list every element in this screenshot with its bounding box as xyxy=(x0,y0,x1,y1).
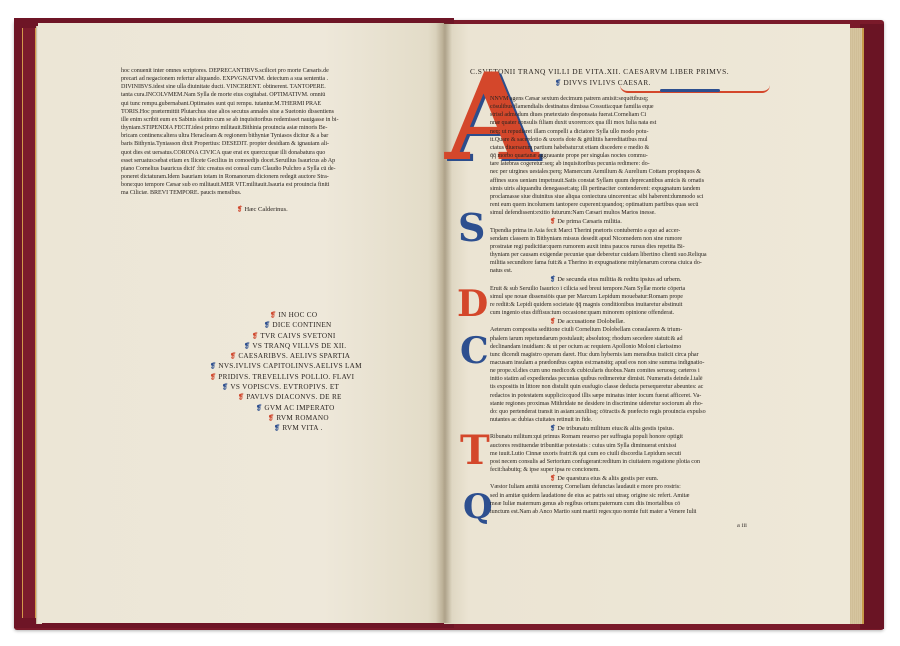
text-line: it.Quare & sacerdotio & uxoris dote & gē… xyxy=(490,136,780,144)
section-heading: ❡De quæstura eius & aliis gestis per eum… xyxy=(490,475,780,483)
closing-note: ❡Hæc Calderinus. xyxy=(237,205,288,213)
right-main-text: NNVM agens Cæsar sextum decimum patrem a… xyxy=(490,95,780,516)
text-line: Eruit & sub Seruilio Isaurico i cilicia … xyxy=(490,285,780,293)
paragraph-mark-icon: ❡ xyxy=(268,414,274,422)
colophon-line: ❡TVR CAIVS SVETONI xyxy=(208,331,378,341)
colophon-text: RVM VITA . xyxy=(282,424,322,432)
colophon-line: ❡IN HOC CO xyxy=(208,310,378,320)
paragraph-mark-icon: ❡ xyxy=(274,424,280,432)
text-line: Tipendia prima in Asia fecit Marci Theri… xyxy=(490,227,780,235)
colophon-text: NVS.IVLIVS CAPITOLINVS.AELIVS LAM xyxy=(218,362,362,370)
paragraph-mark-icon: ❡ xyxy=(550,318,555,325)
commentary-line: DIVINIBVS.idest sine ulla diuinitate duc… xyxy=(121,83,446,91)
paragraph-mark-icon: ❡ xyxy=(238,393,244,401)
gilt-border xyxy=(22,28,36,618)
text-line: simul defendissent:exitio futurum:Nam Cæ… xyxy=(490,209,780,217)
colophon-line: ❡PAVLVS DIACONVS. DE RE xyxy=(208,392,378,402)
text-line: stante regiones proximas Mithridate ne d… xyxy=(490,400,780,408)
text-line: ctatus diuersarum partium habebatur:ut e… xyxy=(490,144,780,152)
text-line: thyniam per causam exigendæ pecuniæ quæ … xyxy=(490,251,780,259)
commentary-line: ille enim scribit eum ex Sabinis sfatim … xyxy=(121,116,446,124)
red-paragraph-mark-icon: ❡ xyxy=(237,206,242,213)
illuminated-initial-c: C xyxy=(460,333,489,369)
text-line: neq; ut repudiaret illam compelli a dict… xyxy=(490,128,780,136)
commentary-line: precari ad negacionem refertur aliquando… xyxy=(121,75,446,83)
colophon-line: ❡GVM AC IMPERATO xyxy=(208,403,378,413)
text-line: phalem iarum repetundarum postulauit; ab… xyxy=(490,335,780,343)
paragraph-mark-icon: ❡ xyxy=(264,321,270,329)
commentary-line: piano Cornelius Isauricus dicit' :hic cr… xyxy=(121,165,446,173)
paragraph-mark-icon: ❡ xyxy=(550,276,555,283)
commentary-line: qui tunc rempu.gubernabant.Optimates sun… xyxy=(121,100,446,108)
paragraph-mark-icon: ❡ xyxy=(252,332,258,340)
colophon-text: CAESARIBVS. AELIVS SPARTIA xyxy=(238,352,350,360)
text-line: strisd admodum diues prætextato desponsa… xyxy=(490,111,780,119)
text-line: proclamasse siue diuinitus siue aliqua c… xyxy=(490,193,780,201)
illuminated-initial-d: D xyxy=(457,286,488,322)
text-line: post necem consulis ad Sertorium confuge… xyxy=(490,458,780,466)
paragraph-mark-icon: ❡ xyxy=(210,362,216,370)
text-line: Aeterum composita seditione ciuili Corne… xyxy=(490,326,780,334)
text-line: militia secundiore fama fuit:& a Therino… xyxy=(490,259,780,267)
illuminated-initial-t: T xyxy=(460,432,490,470)
text-line: auctores restituendæ tribunitiæ potestat… xyxy=(490,442,780,450)
blue-paragraph-mark-icon: ❡ xyxy=(555,79,561,87)
commentary-line: tanta cura.INCOLVMEM.Nam Sylla de morte … xyxy=(121,91,446,99)
paragraph-mark-icon: ❡ xyxy=(256,404,262,412)
text-line: q̄q̄ morbo quartanæ aggrauante prope per… xyxy=(490,152,780,160)
text-line: do: quo pertenderat transit in asiam:aux… xyxy=(490,408,780,416)
text-line: nutantes ac dubias ciuitates retinuit in… xyxy=(490,416,780,424)
colophon-line: ❡RVM VITA . xyxy=(208,423,378,433)
paragraph-mark-icon: ❡ xyxy=(550,475,555,482)
colophon-line: ❡CAESARIBVS. AELIVS SPARTIA xyxy=(208,351,378,361)
paragraph-mark-icon: ❡ xyxy=(244,342,250,350)
section-heading: ❡De tribunatu militum eius:& aliis gesti… xyxy=(490,425,780,433)
commentary-line: thyniam.STIPENDIA FECIT.idest primo mili… xyxy=(121,124,446,132)
colophon-text: TVR CAIVS SVETONI xyxy=(260,332,335,340)
text-line: declinandam inuidiam: & ut per ocium ac … xyxy=(490,343,780,351)
text-line: tis expositis in littore non distulit qu… xyxy=(490,383,780,391)
paragraph-mark-icon: ❡ xyxy=(550,425,555,432)
text-line: meæ Iuliæ maternum genus ab regibus ortu… xyxy=(490,500,780,508)
commentary-line: baris Bithynia.Tyniasson dixit Propertiu… xyxy=(121,140,446,148)
colophon-line: ❡VS VOPISCVS. EVTROPIVS. ET xyxy=(208,382,378,392)
section-heading-text: De tribunatu militum eius:& aliis gestis… xyxy=(557,425,674,432)
text-line: affines suos ueniam impetrauit.Satis con… xyxy=(490,177,780,185)
text-line: Ribunatu militum:qui primus Romam reuers… xyxy=(490,433,780,441)
blue-flourish xyxy=(660,89,720,92)
text-line: simul spe nouæ dissensiōis quæ per Marcu… xyxy=(490,293,780,301)
text-line: simis uiris aliquandiu denegasset:atq; i… xyxy=(490,185,780,193)
text-line: rent eum quem incolumem tantopere cupere… xyxy=(490,201,780,209)
paragraph-mark-icon: ❡ xyxy=(550,218,555,225)
colophon-text: IN HOC CO xyxy=(278,311,317,319)
text-line: sed in amitæ quidem laudatione de eius a… xyxy=(490,492,780,500)
text-line: cōsulibus flamendialis destinatus dimiss… xyxy=(490,103,780,111)
commentary-line: bone:quo tempore Cæsar sub eo militauit.… xyxy=(121,181,446,189)
text-line: redactos in potestatem supplicio:quod il… xyxy=(490,392,780,400)
commentary-line: bricam continens:altera ultra Heracleam … xyxy=(121,132,446,140)
text-line: macusam insulam a prædonibus captus est:… xyxy=(490,359,780,367)
section-heading-text: De prima Cæsaris militia. xyxy=(557,218,621,225)
commentary-line: quot dies est uersatus.CORONA CIVICA quæ… xyxy=(121,149,446,157)
colophon-text: GVM AC IMPERATO xyxy=(264,404,334,412)
paragraph-mark-icon: ❡ xyxy=(270,311,276,319)
text-line: initio statim ad expediendas pecunias qu… xyxy=(490,375,780,383)
colophon-line: ❡VS TRANQ VILLVS DE XII. xyxy=(208,341,378,351)
colophon-text: VS VOPISCVS. EVTROPIVS. ET xyxy=(230,383,339,391)
text-line: re rediit:& Lepidi quidem societate q̄q̄… xyxy=(490,301,780,309)
left-commentary: hoc conuenit inter omnes scriptores. DEP… xyxy=(121,67,446,198)
colophon-line: ❡DICE CONTINEN xyxy=(208,320,378,330)
text-line: Væstor Iuliam amitā uxoremq; Corneliam d… xyxy=(490,483,780,491)
colophon-line: ❡RVM ROMANO xyxy=(208,413,378,423)
text-line: sendam classem in Bithyniam missus desed… xyxy=(490,235,780,243)
colophon-text: PAVLVS DIACONVS. DE RE xyxy=(246,393,341,401)
commentary-line: TORIS.Hoc prætermittit Plutarchus siue a… xyxy=(121,108,446,116)
commentary-line: esset seruatus:sebat etiam ex Ilicete Ge… xyxy=(121,157,446,165)
colophon-text: RVM ROMANO xyxy=(276,414,329,422)
text-line: ne prope.xl.dies cum uno medico:& cubicu… xyxy=(490,367,780,375)
contents-colophon: ❡IN HOC CO❡DICE CONTINEN❡TVR CAIVS SVETO… xyxy=(208,310,378,434)
page-edges-right xyxy=(848,28,864,624)
text-line: natus est. xyxy=(490,267,780,275)
commentary-line: hoc conuenit inter omnes scriptores. DEP… xyxy=(121,67,446,75)
commentary-line: ma Ciliciæ. BREVI TEMPORE. paucis mensib… xyxy=(121,189,446,197)
text-line: tunc dicendi magistro operam daret. Huc … xyxy=(490,351,780,359)
illuminated-initial-q: Q xyxy=(463,490,493,524)
colophon-line: ❡PRIDIVS. TREVELLIVS POLLIO. FLAVI xyxy=(208,372,378,382)
section-heading: ❡De secunda eius militia & reditu ipsius… xyxy=(490,276,780,284)
section-heading: ❡De prima Cæsaris militia. xyxy=(490,218,780,226)
commentary-line: poneret dictaturam.Idem Isauriam totam i… xyxy=(121,173,446,181)
section-heading-text: De quæstura eius & aliis gestis per eum. xyxy=(557,475,658,482)
section-heading-text: De accusatione Dolobellæ. xyxy=(557,318,624,325)
text-line: fecit:habuitq; & ipse super ipsa re conc… xyxy=(490,466,780,474)
text-line: nnæ quater consulis filiam duxit uxorem:… xyxy=(490,119,780,127)
illuminated-initial-s: S xyxy=(458,210,485,246)
paragraph-mark-icon: ❡ xyxy=(230,352,236,360)
text-line: cum ingenio eius diffisus:tum occasione:… xyxy=(490,309,780,317)
colophon-text: DICE CONTINEN xyxy=(272,321,331,329)
text-line: nec per uirgines uestales:perq; Mamercum… xyxy=(490,168,780,176)
text-line: iunctum est.Nam ab Anco Martio sunt mart… xyxy=(490,508,780,516)
section-heading: ❡De accusatione Dolobellæ. xyxy=(490,318,780,326)
text-line: prostratæ regi pudicitiæ:quem rumorem au… xyxy=(490,243,780,251)
paragraph-mark-icon: ❡ xyxy=(222,383,228,391)
closing-note-text: Hæc Calderinus. xyxy=(244,206,287,213)
colophon-text: PRIDIVS. TREVELLIVS POLLIO. FLAVI xyxy=(218,373,354,381)
text-line: NNVM agens Cæsar sextum decimum patrem a… xyxy=(490,95,780,103)
colophon-text: VS TRANQ VILLVS DE XII. xyxy=(252,342,346,350)
text-line: tare latebras cogeretur:seq; ab inquisit… xyxy=(490,160,780,168)
text-line: me iuuit.Lutio Cinnæ uxoris fratri:& qui… xyxy=(490,450,780,458)
signature-mark: a iii xyxy=(737,522,747,529)
section-heading-text: De secunda eius militia & reditu ipsius … xyxy=(557,276,681,283)
colophon-line: ❡NVS.IVLIVS CAPITOLINVS.AELIVS LAM xyxy=(208,361,378,371)
paragraph-mark-icon: ❡ xyxy=(210,373,216,381)
